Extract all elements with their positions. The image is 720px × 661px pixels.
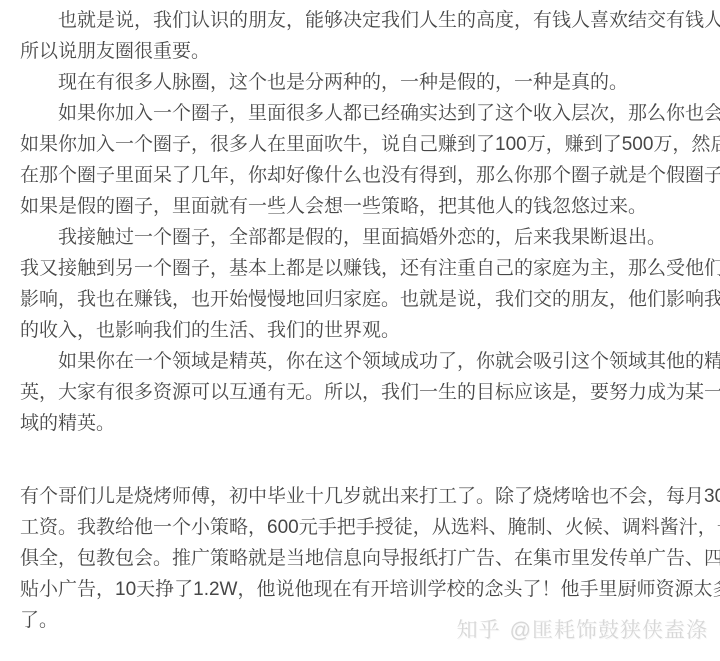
paragraph: 我接触过一个圈子，全部都是假的，里面搞婚外恋的，后来我果断退出。 [20,222,710,253]
text-line: 也就是说，我们认识的朋友，能够决定我们人生的高度，有钱人喜欢结交有钱人， [20,5,710,36]
paragraph: 也就是说，我们认识的朋友，能够决定我们人生的高度，有钱人喜欢结交有钱人，所以说朋… [20,5,710,67]
text-line: 俱全，包教包会。推广策略就是当地信息向导报纸打广告、在集市里发传单广告、四处 [20,543,710,574]
text-line: 影响，我也在赚钱，也开始慢慢地回归家庭。也就是说，我们交的朋友，他们影响我们 [20,284,710,315]
text-line: 如果你在一个领域是精英，你在这个领域成功了，你就会吸引这个领域其他的精 [20,346,710,377]
text-line: 域的精英。 [20,408,710,439]
text-line: 有个哥们儿是烧烤师傅，初中毕业十几岁就出来打工了。除了烧烤啥也不会，每月3000 [20,481,710,512]
text-line: 我又接触到另一个圈子，基本上都是以赚钱，还有注重自己的家庭为主，那么受他们的 [20,253,710,284]
text-line: 工资。我教给他一个小策略，600元手把手授徒，从选料、腌制、火候、调料酱汁，一应 [20,512,710,543]
text-line: 贴小广告，10天挣了1.2W，他说他现在有开培训学校的念头了！他手里厨师资源太多 [20,574,710,605]
text-line: 现在有很多人脉圈，这个也是分两种的，一种是假的，一种是真的。 [20,67,710,98]
text-line: 英，大家有很多资源可以互通有无。所以，我们一生的目标应该是，要努力成为某一领 [20,377,710,408]
paragraph: 现在有很多人脉圈，这个也是分两种的，一种是假的，一种是真的。 [20,67,710,98]
zhihu-logo-text: 知乎 [457,619,501,642]
page: { "page": { "background_color": "#ffffff… [0,0,720,661]
paragraph: 如果你加入一个圈子，里面很多人都已经确实达到了这个收入层次，那么你也会；如果你加… [20,98,710,222]
text-line: 的收入，也影响我们的生活、我们的世界观。 [20,315,710,346]
text-line: 所以说朋友圈很重要。 [20,36,710,67]
text-line: 如果是假的圈子，里面就有一些人会想一些策略，把其他人的钱忽悠过来。 [20,191,710,222]
paragraph: 我又接触到另一个圈子，基本上都是以赚钱，还有注重自己的家庭为主，那么受他们的影响… [20,253,710,346]
text-line: 我接触过一个圈子，全部都是假的，里面搞婚外恋的，后来我果断退出。 [20,222,710,253]
text-line: 如果你加入一个圈子，很多人在里面吹牛，说自己赚到了100万，赚到了500万，然后… [20,129,710,160]
article-body: 也就是说，我们认识的朋友，能够决定我们人生的高度，有钱人喜欢结交有钱人，所以说朋… [0,0,720,636]
text-line: 在那个圈子里面呆了几年，你却好像什么也没有得到，那么你那个圈子就是个假圈子。 [20,160,710,191]
zhihu-watermark: 知乎@匪耗饰鼓狭侠盍涤 [457,617,708,645]
paragraph: 如果你在一个领域是精英，你在这个领域成功了，你就会吸引这个领域其他的精英，大家有… [20,346,710,439]
paragraph: 有个哥们儿是烧烤师傅，初中毕业十几岁就出来打工了。除了烧烤啥也不会，每月3000… [20,481,710,636]
text-line: 如果你加入一个圈子，里面很多人都已经确实达到了这个收入层次，那么你也会； [20,98,710,129]
watermark-author-handle: @匪耗饰鼓狭侠盍涤 [510,619,708,642]
